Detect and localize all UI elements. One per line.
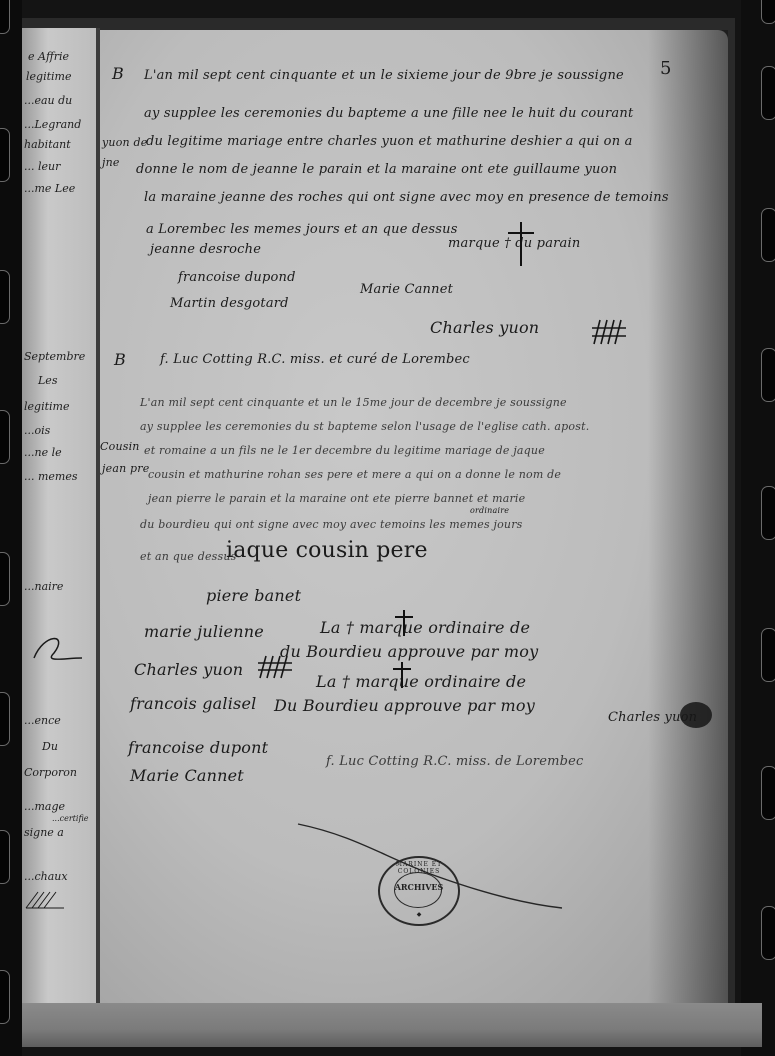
priest-signature-1: f. Luc Cotting R.C. miss. et curé de Lor… [160,352,470,367]
signature-francoise-dupond: francoise dupond [178,270,296,285]
entry-1-line: a Lorembec les memes jours et an que des… [146,222,458,237]
stamp-center-text: ARCHIVES [380,882,458,892]
charles-yuon-hatch-mark [256,654,296,680]
charles-yuon-hatch-mark [590,318,630,348]
sprocket-hole [0,970,10,1024]
sprocket-hole [0,128,10,182]
dubourdieu-approuve-1: du Bourdieu approuve par moy [280,642,538,661]
entry-1-margin-mark: B [112,64,124,83]
cross-mark [520,222,522,266]
margin-text: legitime [24,400,69,413]
signature-marie-cannet: Marie Cannet [360,282,453,297]
margin-text: Corporon [24,766,77,779]
entry-2-line: et romaine a un fils ne le 1er decembre … [144,444,545,457]
archives-stamp: MARINE ET COLONIES ARCHIVES ◆ [378,856,460,926]
entry-2-line: et an que dessus [140,550,236,563]
margin-text: legitime [26,70,71,83]
sprocket-hole [0,270,10,324]
sprocket-hole [0,830,10,884]
signature-francois-galisel: francois galisel [130,694,256,713]
margin-text: Du [42,740,58,753]
margin-text: ...ence [24,714,61,727]
margin-text: ...naire [24,580,63,593]
cross-mark [401,662,403,688]
signature-charles-yuon-2: Charles yuon [134,660,243,679]
margin-text: ... memes [24,470,78,483]
film-strip-left [0,0,22,1056]
ink-flourish [24,628,84,668]
entry-1-line: L'an mil sept cent cinquante et un le si… [144,68,624,83]
film-strip-right [741,0,775,1056]
margin-text: ...chaux [24,870,68,883]
signature-francoise-dupont: francoise dupont [128,738,268,757]
margin-text: habitant [24,138,71,151]
stamp-ring-text: MARINE ET COLONIES [380,861,458,875]
margin-text: ...eau du [24,94,72,107]
priest-signature-2: f. Luc Cotting R.C. miss. de Lorembec [326,754,584,769]
sprocket-hole [761,628,775,682]
margin-text: ...Legrand [24,118,81,131]
book-bottom-edge [22,1003,762,1047]
signature-martin: Martin desgotard [170,296,289,311]
margin-text: ...mage [24,800,65,813]
entry-1-line: la maraine jeanne des roches qui ont sig… [144,190,669,205]
margin-text: ...me Lee [24,182,75,195]
entry-2-line: du bourdieu qui ont signe avec moy avec … [140,518,523,531]
entry-1-margin-name: jne [102,156,120,169]
stamp-bottom-glyph: ◆ [380,911,458,918]
signature-marie-cannet-2: Marie Cannet [130,766,244,785]
page-shadow [648,30,728,1005]
sprocket-hole [0,410,10,464]
signature-parain-mark: marque † du parain [448,236,580,251]
signature-iaque-cousin-pere: iaque cousin pere [226,538,428,563]
sprocket-hole [761,486,775,540]
sprocket-hole [0,0,10,34]
interlinear-note: ordinaire [470,506,509,515]
sprocket-hole [761,348,775,402]
page-number: 5 [660,58,671,79]
entry-1-line: du legitime mariage entre charles yuon e… [146,134,633,149]
entry-2-margin-name: jean pre [102,462,149,475]
margin-text: ...certifie [52,814,89,823]
margin-text: ...ois [24,424,50,437]
entry-2-line: cousin et mathurine rohan ses pere et me… [148,468,561,481]
signature-pierre-banet: piere banet [206,586,301,605]
entry-1-line: donne le nom de jeanne le parain et la m… [136,162,617,177]
entry-2-margin-name: Cousin [100,440,140,453]
margin-text: ... leur [24,160,60,173]
entry-1-line: ay supplee les ceremonies du bapteme a u… [144,106,633,121]
entry-2-margin-mark: B [114,350,126,369]
left-page-fragment: e Affrie legitime ...eau du ...Legrand h… [22,28,96,1003]
cross-mark [393,668,411,670]
cross-mark [508,232,534,234]
sprocket-hole [761,66,775,120]
mark-ordinaire-1: La † marque ordinaire de [320,618,530,637]
ink-blot [680,702,712,728]
margin-text: signe a [24,826,64,839]
margin-text: Les [38,374,57,387]
mark-ordinaire-2: La † marque ordinaire de [316,672,526,691]
dubourdieu-approuve-2: Du Bourdieu approuve par moy [274,696,535,715]
signature-marie-julienne: marie julienne [144,622,264,641]
margin-text: e Affrie [28,50,69,63]
sprocket-hole [761,906,775,960]
cross-mark [395,616,413,618]
sprocket-hole [761,766,775,820]
sprocket-hole [761,208,775,262]
sprocket-hole [0,552,10,606]
entry-2-line: jean pierre le parain et la maraine ont … [148,492,525,505]
entry-2-line: ay supplee les ceremonies du st bapteme … [140,420,589,433]
entry-2-line: L'an mil sept cent cinquante et un le 15… [140,396,567,409]
cross-mark [403,610,405,636]
margin-text: Septembre [24,350,85,363]
margin-text: ...ne le [24,446,62,459]
sprocket-hole [761,0,775,24]
signature-jeanne-desroches: jeanne desroche [150,242,261,257]
signature-charles-yuon: Charles yuon [430,318,539,337]
sprocket-hole [0,692,10,746]
ink-hatching [24,890,74,910]
entry-1-margin-name: yuon de [102,136,147,149]
